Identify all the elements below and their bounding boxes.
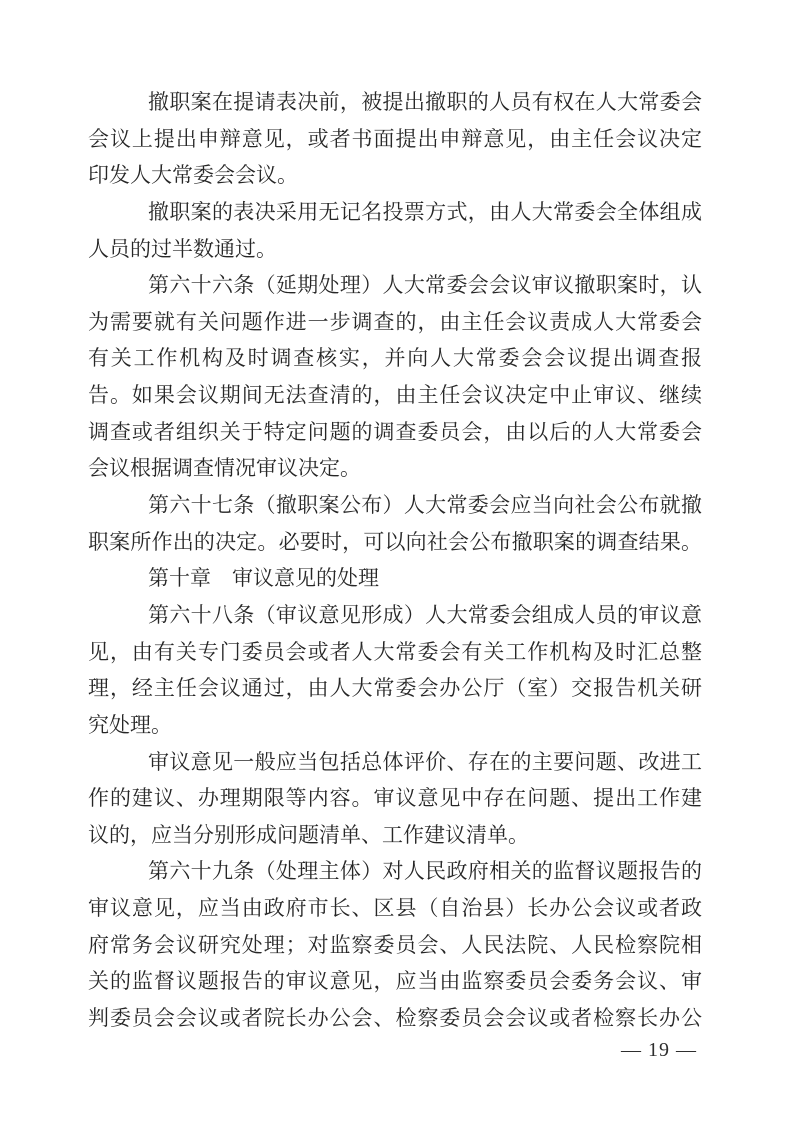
- text-line: 府常务会议研究处理；对监察委员会、人民法院、人民检察院相: [88, 927, 702, 964]
- text-line: 见，由有关专门委员会或者人大常委会有关工作机构及时汇总整: [88, 634, 702, 671]
- text-line: 第六十九条（处理主体）对人民政府相关的监督议题报告的: [88, 853, 702, 890]
- text-line: 审议意见一般应当包括总体评价、存在的主要问题、改进工: [88, 744, 702, 781]
- text-line: 职案所作出的决定。必要时，可以向社会公布撤职案的调查结果。: [88, 524, 702, 561]
- text-line: 为需要就有关问题作进一步调查的，由主任会议责成人大常委会: [88, 304, 702, 341]
- text-line: 有关工作机构及时调查核实，并向人大常委会会议提出调查报: [88, 340, 702, 377]
- text-line: 第六十七条（撤职案公布）人大常委会应当向社会公布就撤: [88, 487, 702, 524]
- text-line: 关的监督议题报告的审议意见，应当由监察委员会委务会议、审: [88, 963, 702, 1000]
- text-line: 人员的过半数通过。: [88, 231, 702, 268]
- text-line: 第六十八条（审议意见形成）人大常委会组成人员的审议意: [88, 597, 702, 634]
- text-line: 第六十六条（延期处理）人大常委会会议审议撤职案时，认: [88, 267, 702, 304]
- text-line: 告。如果会议期间无法查清的，由主任会议决定中止审议、继续: [88, 377, 702, 414]
- text-line: 印发人大常委会会议。: [88, 157, 702, 194]
- text-line: 撤职案的表决采用无记名投票方式，由人大常委会全体组成: [88, 194, 702, 231]
- text-line: 理，经主任会议通过，由人大常委会办公厅（室）交报告机关研: [88, 670, 702, 707]
- text-line: 审议意见，应当由政府市长、区县（自治县）长办公会议或者政: [88, 890, 702, 927]
- text-line: 会议上提出申辩意见，或者书面提出申辩意见，由主任会议决定: [88, 121, 702, 158]
- text-line: 撤职案在提请表决前，被提出撤职的人员有权在人大常委会: [88, 84, 702, 121]
- text-line: 会议根据调查情况审议决定。: [88, 450, 702, 487]
- document-body: 撤职案在提请表决前，被提出撤职的人员有权在人大常委会会议上提出申辩意见，或者书面…: [88, 84, 702, 1037]
- text-line: 议的，应当分别形成问题清单、工作建议清单。: [88, 817, 702, 854]
- text-line: 究处理。: [88, 707, 702, 744]
- text-line: 判委员会会议或者院长办公会、检察委员会会议或者检察长办公: [88, 1000, 702, 1037]
- text-line: 第十章 审议意见的处理: [88, 560, 702, 597]
- text-line: 调查或者组织关于特定问题的调查委员会，由以后的人大常委会: [88, 414, 702, 451]
- document-page: 撤职案在提请表决前，被提出撤职的人员有权在人大常委会会议上提出申辩意见，或者书面…: [0, 0, 793, 1122]
- text-line: 作的建议、办理期限等内容。审议意见中存在问题、提出工作建: [88, 780, 702, 817]
- page-number: — 19 —: [621, 1038, 697, 1062]
